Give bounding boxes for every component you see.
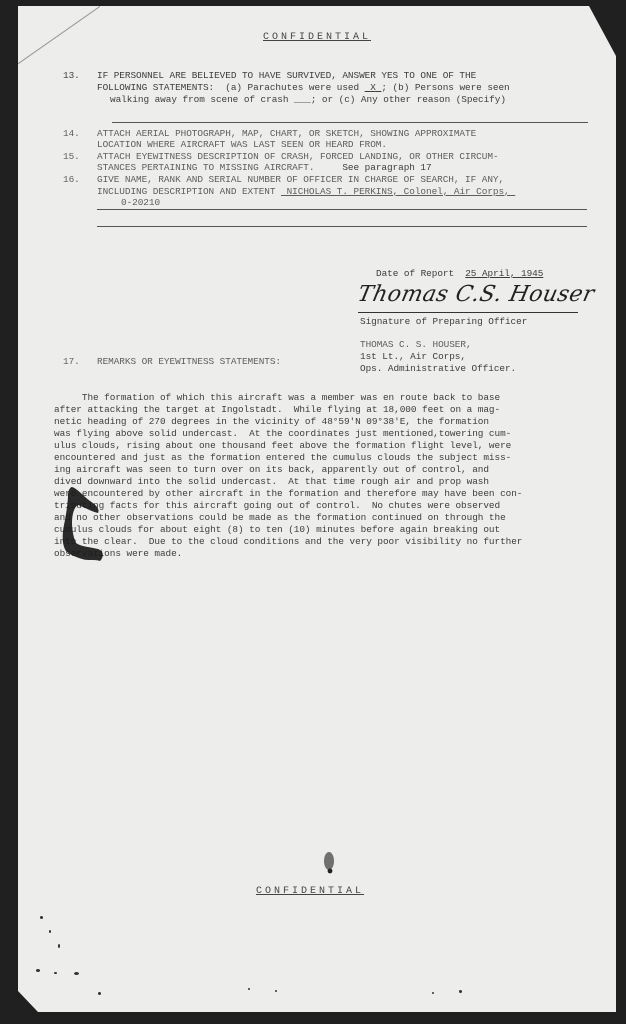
persons-seen-answer: ___ [294, 94, 311, 105]
remarks-line: after attacking the target at Ingolstadt… [54, 404, 500, 416]
item-16-line-2: INCLUDING DESCRIPTION AND EXTENT NICHOLA… [97, 186, 515, 198]
item-13-line-1: 13.IF PERSONNEL ARE BELIEVED TO HAVE SUR… [63, 70, 476, 82]
remarks-line: cumulus clouds for about eight (8) to te… [54, 524, 500, 536]
remarks-line: encountered and just as the formation en… [54, 452, 511, 464]
ink-smudge [321, 849, 337, 875]
item-15-line-1: 15.ATTACH EYEWITNESS DESCRIPTION OF CRAS… [63, 151, 498, 163]
signature-label: Signature of Preparing Officer [360, 316, 527, 328]
header-classification: CONFIDENTIAL [18, 32, 616, 43]
remarks-line: ing aircraft was seen to turn over on it… [54, 464, 489, 476]
item-16-line-1: 16.GIVE NAME, RANK AND SERIAL NUMBER OF … [63, 174, 504, 186]
scanned-document: CONFIDENTIAL 13.IF PERSONNEL ARE BELIEVE… [0, 0, 626, 1024]
officer-rank: 1st Lt., Air Corps, [360, 351, 466, 363]
item-14-line-1: 14.ATTACH AERIAL PHOTOGRAPH, MAP, CHART,… [63, 128, 476, 140]
answer-line [97, 226, 587, 227]
item-17-heading: 17.REMARKS OR EYEWITNESS STATEMENTS: [63, 356, 281, 368]
officer-title: Ops. Administrative Officer. [360, 363, 516, 375]
remarks-line: The formation of which this aircraft was… [54, 392, 500, 404]
remarks-line: tributing facts for this aircraft going … [54, 500, 500, 512]
date-of-report: Date of Report 25 April, 1945 [376, 268, 554, 280]
remarks-line: was flying above solid undercast. At the… [54, 428, 511, 440]
signature-line [358, 312, 578, 313]
item-14-line-2: LOCATION WHERE AIRCRAFT WAS LAST SEEN OR… [97, 139, 387, 151]
remarks-line: and no other observations could be made … [54, 512, 506, 524]
remarks-line: ulus clouds, rising about one thousand f… [54, 440, 511, 452]
officer-signature: Thomas C.S. Houser [355, 282, 596, 307]
search-officer-serial: 0-20210 [121, 197, 160, 209]
remarks-line: netic heading of 270 degrees in the vici… [54, 416, 489, 428]
item-15-line-2: STANCES PERTAINING TO MISSING AIRCRAFT. … [97, 162, 432, 174]
date-value: 25 April, 1945 [465, 268, 543, 279]
remarks-line: into the clear. Due to the cloud conditi… [54, 536, 522, 548]
divider-line [112, 122, 588, 123]
document-page: CONFIDENTIAL 13.IF PERSONNEL ARE BELIEVE… [18, 6, 616, 1012]
search-officer-answer: NICHOLAS T. PERKINS, Colonel, Air Corps, [281, 186, 515, 197]
date-label: Date of Report [376, 268, 454, 279]
answer-line [97, 209, 587, 210]
item-15-note: See paragraph 17 [342, 162, 431, 173]
item-13-line-2: FOLLOWING STATEMENTS: (a) Parachutes wer… [97, 82, 510, 94]
footer-classification: CONFIDENTIAL [11, 886, 609, 897]
officer-name: THOMAS C. S. HOUSER, [360, 339, 472, 351]
remarks-line: dived downward into the solid undercast.… [54, 476, 489, 488]
remarks-line: were encountered by other aircraft in th… [54, 488, 522, 500]
item-13-number: 13. [63, 70, 97, 82]
remarks-line: observations were made. [54, 548, 182, 560]
item-13-line-3: walking away from scene of crash ___; or… [110, 94, 506, 106]
parachutes-used-answer: X [365, 82, 382, 93]
